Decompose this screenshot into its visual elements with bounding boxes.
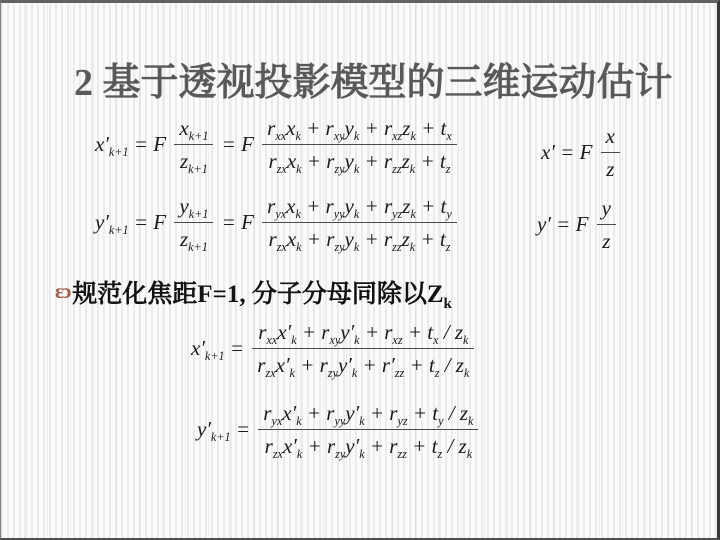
numerator: ryxx′k + ryyy′k + ryz + ty / zk bbox=[258, 400, 478, 430]
fraction: ryxx′k + ryyy′k + ryz + ty / zkrzxx′k + … bbox=[258, 400, 478, 460]
fraction: ryxxk + ryyyk + ryzzk + tyrzxxk + rzyyk … bbox=[262, 193, 457, 253]
numerator: rxxx′k + rxyy′k + rxz + tx / zk bbox=[252, 319, 474, 349]
fraction: yk+1zk+1 bbox=[174, 193, 213, 253]
denominator: rzxx′k + rzyy′k + rzz + tz / zk bbox=[258, 430, 478, 459]
math-text: 规范化焦距F=1, 分子分母同除以Zk bbox=[72, 281, 452, 308]
slide-title: 2 基于透视投影模型的三维运动估计 bbox=[74, 61, 674, 107]
fraction: rxxx′k + rxyy′k + rxz + tx / zkrzxx′k + … bbox=[252, 319, 474, 379]
fraction: rxxxk + rxyyk + rxzzk + txrzxxk + rzyyk … bbox=[262, 115, 457, 175]
denominator: rzxxk + rzyyk + rzzzk + tz bbox=[262, 223, 457, 252]
math-text: y′k+1 = F bbox=[95, 210, 171, 235]
bullet-list-item: ɛↄ 规范化焦距F=1, 分子分母同除以Zk bbox=[55, 274, 452, 310]
numerator: yk+1 bbox=[174, 193, 213, 223]
denominator: rzxx′k + rzyy′k + r′zz + tz / zk bbox=[252, 349, 474, 378]
formula-perspective-y: y′k+1 = F yk+1zk+1 = F ryxxk + ryyyk + r… bbox=[95, 193, 460, 253]
math-text: x′k+1 = bbox=[191, 336, 249, 361]
denominator: rzxxk + rzyyk + rzzzk + tz bbox=[262, 145, 457, 174]
swirl-bullet-icon: ɛↄ bbox=[55, 279, 69, 304]
slide-background: 2 基于透视投影模型的三维运动估计 x′k+1 = F xk+1zk+1 = F… bbox=[0, 0, 720, 540]
numerator: xk+1 bbox=[174, 115, 213, 145]
bullet-text: 规范化焦距F=1, 分子分母同除以Zk bbox=[72, 274, 452, 310]
math-text: = F bbox=[216, 210, 259, 235]
formula-simple-x: x′ = F xz bbox=[541, 123, 623, 183]
fraction: xz bbox=[601, 123, 620, 183]
denominator: z bbox=[601, 153, 620, 182]
numerator: rxxxk + rxyyk + rxzzk + tx bbox=[262, 115, 457, 145]
fraction: yz bbox=[597, 195, 616, 255]
formula-simple-y: y′ = F yz bbox=[537, 195, 619, 255]
numerator: y bbox=[597, 195, 616, 225]
math-text: = F bbox=[216, 132, 259, 157]
numerator: ryxxk + ryyyk + ryzzk + ty bbox=[262, 193, 457, 223]
formula-normalized-y: y′k+1 = ryxx′k + ryyy′k + ryz + ty / zkr… bbox=[197, 400, 481, 460]
formula-perspective-x: x′k+1 = F xk+1zk+1 = F rxxxk + rxyyk + r… bbox=[95, 115, 460, 175]
formula-normalized-x: x′k+1 = rxxx′k + rxyy′k + rxz + tx / zkr… bbox=[191, 319, 477, 379]
denominator: zk+1 bbox=[174, 145, 213, 174]
math-text: y′k+1 = bbox=[197, 417, 255, 442]
denominator: z bbox=[597, 225, 616, 254]
math-text: x′k+1 = F bbox=[95, 132, 171, 157]
math-text: y′ = F bbox=[537, 212, 594, 237]
denominator: zk+1 bbox=[174, 223, 213, 252]
fraction: xk+1zk+1 bbox=[174, 115, 213, 175]
numerator: x bbox=[601, 123, 620, 153]
math-text: x′ = F bbox=[541, 140, 598, 165]
